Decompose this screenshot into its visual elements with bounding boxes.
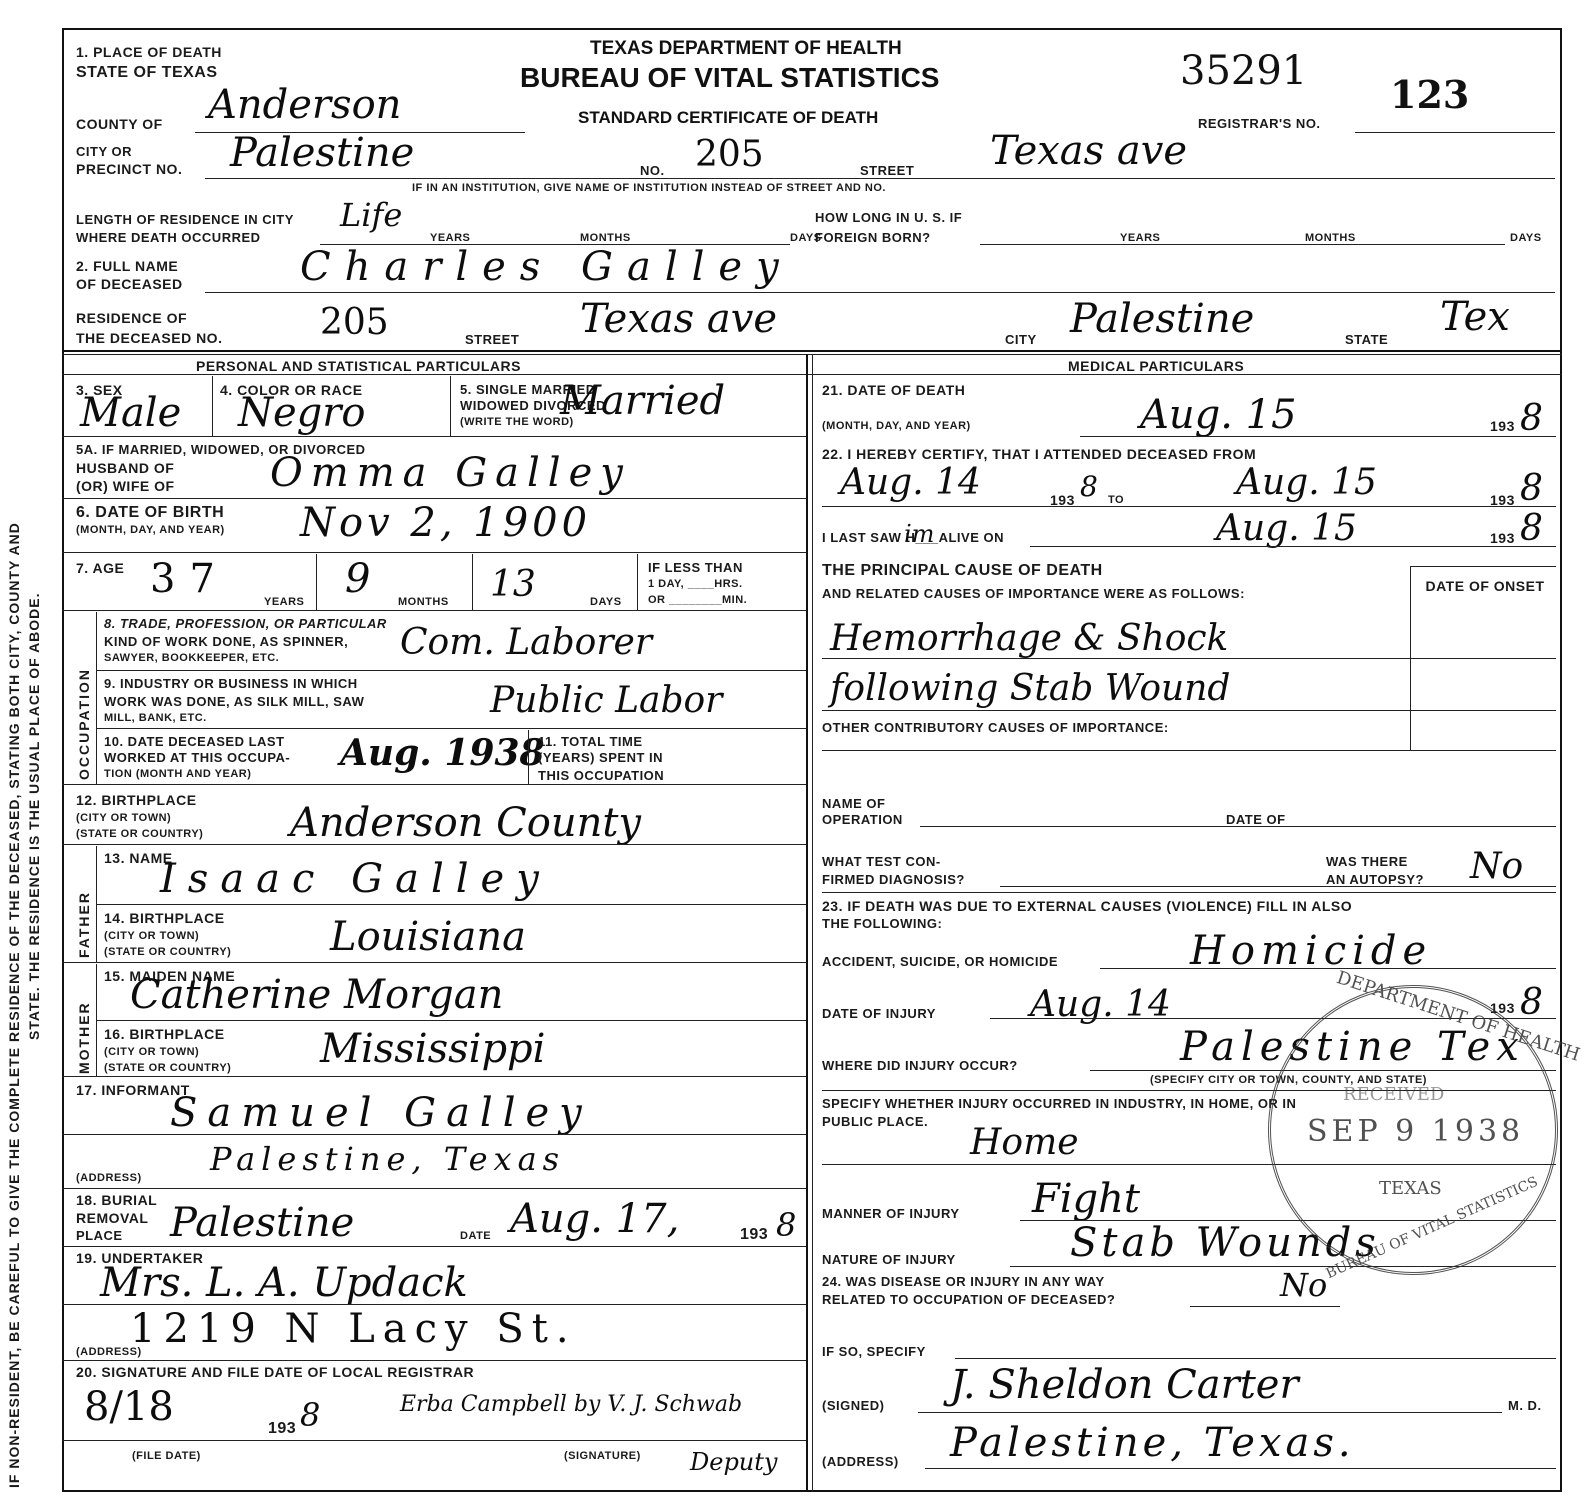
registrar-label: REGISTRAR'S NO. <box>1198 116 1321 131</box>
occupation-related-label-1: 24. WAS DISEASE OR INJURY IN ANY WAY <box>822 1274 1105 1289</box>
foreign-days-label: DAYS <box>1510 232 1542 244</box>
signed-label: (SIGNED) <box>822 1398 885 1413</box>
spouse-value[interactable]: Omma Galley <box>270 450 631 496</box>
certify-label: 22. I HEREBY CERTIFY, THAT I ATTENDED DE… <box>822 446 1256 462</box>
manner-value[interactable]: Fight <box>1032 1176 1140 1222</box>
cause-label-2: AND RELATED CAUSES OF IMPORTANCE WERE AS… <box>822 586 1245 601</box>
registrar-file-date-value[interactable]: 8/18 <box>84 1384 174 1430</box>
personal-section-title: PERSONAL AND STATISTICAL PARTICULARS <box>196 358 521 374</box>
date-of-onset-label: DATE OF ONSET <box>1420 578 1550 594</box>
signature-label: (SIGNATURE) <box>564 1450 641 1462</box>
father-name-value[interactable]: Isaac Galley <box>160 856 551 902</box>
informant-name-value[interactable]: Samuel Galley <box>170 1090 592 1136</box>
birthplace-label-3: (STATE OR COUNTRY) <box>76 828 203 840</box>
age-years-value[interactable]: 37 <box>150 556 229 602</box>
age-label: 7. AGE <box>76 560 124 576</box>
years-label: YEARS <box>430 232 470 244</box>
trade-value[interactable]: Com. Laborer <box>400 622 652 663</box>
place-of-death-label: 1. PLACE OF DEATH <box>76 44 222 60</box>
last-saw-pronoun[interactable]: im <box>904 520 934 548</box>
registrar-label-20: 20. SIGNATURE AND FILE DATE OF LOCAL REG… <box>76 1364 474 1380</box>
county-label: COUNTY OF <box>76 116 163 132</box>
occupation-related-label-2: RELATED TO OCCUPATION OF DECEASED? <box>822 1292 1115 1307</box>
department-title: TEXAS DEPARTMENT OF HEALTH <box>590 38 902 60</box>
dob-label-1: 6. DATE OF BIRTH <box>76 504 224 522</box>
age-days-value[interactable]: 13 <box>490 564 536 605</box>
last-saw-year[interactable]: 8 <box>1520 508 1543 549</box>
operation-date-label: DATE OF <box>1226 812 1286 827</box>
dob-label-2: (MONTH, DAY, AND YEAR) <box>76 524 225 536</box>
attended-to-value[interactable]: Aug. 15 <box>1236 462 1377 503</box>
total-time-label-1: 11. TOTAL TIME <box>538 734 643 749</box>
industry-label-3: MILL, BANK, ETC. <box>104 712 207 724</box>
birthplace-value[interactable]: Anderson County <box>290 800 641 846</box>
birthplace-label-2: (CITY OR TOWN) <box>76 812 171 824</box>
total-time-label-3: THIS OCCUPATION <box>538 768 664 783</box>
marital-label-3: (WRITE THE WORD) <box>460 416 574 428</box>
registrar-deputy-note: Deputy <box>690 1448 777 1476</box>
physician-address-label: (ADDRESS) <box>822 1454 899 1469</box>
city-label-2: PRECINCT NO. <box>76 161 182 177</box>
father-birthplace-label-2: (CITY OR TOWN) <box>104 930 199 942</box>
birthplace-label-1: 12. BIRTHPLACE <box>76 792 197 808</box>
father-birthplace-label-1: 14. BIRTHPLACE <box>104 910 225 926</box>
death-date-label-1: 21. DATE OF DEATH <box>822 382 965 398</box>
last-worked-label-2: WORKED AT THIS OCCUPA- <box>104 750 290 765</box>
trade-label-3: SAWYER, BOOKKEEPER, ETC. <box>104 652 279 664</box>
md-label: M. D. <box>1508 1398 1542 1413</box>
margin-instruction-line2: STATE. THE RESIDENCE IS THE USUAL PLACE … <box>26 592 42 1040</box>
residence-label-2: THE DECEASED NO. <box>76 330 222 346</box>
burial-year-suffix[interactable]: 8 <box>776 1206 796 1244</box>
mother-birthplace-label-3: (STATE OR COUNTRY) <box>104 1062 231 1074</box>
stamp-center-text: TEXAS <box>1379 1178 1442 1199</box>
no-label: NO. <box>640 163 665 178</box>
burial-label-3: PLACE <box>76 1228 123 1243</box>
last-worked-label-3: TION (MONTH AND YEAR) <box>104 768 251 780</box>
trade-label-1: 8. TRADE, PROFESSION, OR PARTICULAR <box>104 616 387 631</box>
residence-state-label: STATE <box>1345 332 1388 347</box>
registrar-signature-value[interactable]: Erba Campbell by V. J. Schwab <box>400 1392 742 1417</box>
age-years-label: YEARS <box>264 596 304 608</box>
test-label-1: WHAT TEST CON- <box>822 854 941 869</box>
occupation-related-value[interactable]: No <box>1280 1266 1327 1304</box>
last-worked-label-1: 10. DATE DECEASED LAST <box>104 734 285 749</box>
mother-side-label: MOTHER <box>76 1001 92 1074</box>
less-than-label-1: IF LESS THAN <box>648 560 743 575</box>
last-worked-value[interactable]: Aug. 1938 <box>340 732 545 774</box>
residence-street-label: STREET <box>465 332 519 347</box>
age-days-label: DAYS <box>590 596 622 608</box>
street-label: STREET <box>860 163 914 178</box>
industry-label-1: 9. INDUSTRY OR BUSINESS IN WHICH <box>104 676 358 691</box>
residence-state-value[interactable]: Tex <box>1440 294 1510 340</box>
burial-date-value[interactable]: Aug. 17, <box>510 1196 679 1242</box>
cause-label-1: THE PRINCIPAL CAUSE OF DEATH <box>822 562 1103 580</box>
mother-name-value[interactable]: Catherine Morgan <box>130 972 503 1018</box>
father-side-label: FATHER <box>76 891 92 958</box>
injury-place-label: WHERE DID INJURY OCCUR? <box>822 1058 1018 1073</box>
injury-year-suffix[interactable]: 8 <box>1520 982 1543 1023</box>
burial-label-1: 18. BURIAL <box>76 1192 157 1208</box>
industry-label-2: WORK WAS DONE, AS SILK MILL, SAW <box>104 694 364 709</box>
registrar-year-prefix: 193 <box>268 1420 296 1438</box>
test-label-2: FIRMED DIAGNOSIS? <box>822 872 965 887</box>
mother-birthplace-value[interactable]: Mississippi <box>320 1026 545 1072</box>
death-year-prefix: 193 <box>1490 418 1515 434</box>
external-causes-label-2: THE FOLLOWING: <box>822 916 942 931</box>
trade-label-2: KIND OF WORK DONE, AS SPINNER, <box>104 634 348 649</box>
street-value[interactable]: Texas ave <box>990 128 1187 174</box>
undertaker-address-label: (ADDRESS) <box>76 1346 142 1358</box>
received-stamp: DEPARTMENT OF HEALTH RECEIVED SEP 9 1938… <box>1268 985 1558 1275</box>
industry-value[interactable]: Public Labor <box>490 680 722 721</box>
dob-value[interactable]: Nov 2, 1900 <box>300 500 591 546</box>
cause-line-2-value[interactable]: following Stab Wound <box>830 668 1230 709</box>
total-time-label-2: (YEARS) SPENT IN <box>538 750 663 765</box>
burial-label-2: REMOVAL <box>76 1210 148 1226</box>
father-birthplace-value[interactable]: Louisiana <box>330 914 526 960</box>
burial-place-value[interactable]: Palestine <box>170 1200 354 1246</box>
medical-section-title: MEDICAL PARTICULARS <box>1068 358 1244 374</box>
autopsy-label-1: WAS THERE <box>1326 854 1408 869</box>
cause-line-1-value[interactable]: Hemorrhage & Shock <box>830 618 1228 659</box>
city-value[interactable]: Palestine <box>230 130 414 176</box>
residence-street-value[interactable]: Texas ave <box>580 296 777 342</box>
full-name-label-2: OF DECEASED <box>76 276 183 292</box>
operation-label-1: NAME OF <box>822 796 885 811</box>
sex-value[interactable]: Male <box>80 390 181 436</box>
attended-from-value[interactable]: Aug. 14 <box>840 462 981 503</box>
undertaker-address-value[interactable]: 1219 N Lacy St. <box>130 1306 577 1352</box>
operation-label-2: OPERATION <box>822 812 903 827</box>
registrar-year-suffix[interactable]: 8 <box>300 1396 320 1434</box>
burial-date-label: DATE <box>460 1230 491 1242</box>
bureau-title: BUREAU OF VITAL STATISTICS <box>520 62 939 94</box>
full-name-label-1: 2. FULL NAME <box>76 258 178 274</box>
mother-birthplace-label-2: (CITY OR TOWN) <box>104 1046 199 1058</box>
physician-address-value[interactable]: Palestine, Texas. <box>950 1420 1355 1466</box>
undertaker-name-value[interactable]: Mrs. L. A. Updack <box>100 1260 468 1306</box>
manner-label: MANNER OF INJURY <box>822 1206 960 1221</box>
less-than-label-3: OR ________MIN. <box>648 594 747 606</box>
stamp-middle-text: RECEIVED <box>1343 1084 1444 1105</box>
injury-type-value[interactable]: Home <box>970 1122 1079 1163</box>
if-so-specify-label: IF SO, SPECIFY <box>822 1344 926 1359</box>
death-year-suffix[interactable]: 8 <box>1520 398 1543 439</box>
certificate-title: STANDARD CERTIFICATE OF DEATH <box>578 108 878 128</box>
months-label: MONTHS <box>580 232 631 244</box>
occupation-side-label: OCCUPATION <box>76 668 92 780</box>
stamp-date-text: SEP 9 1938 <box>1307 1114 1524 1149</box>
residence-city-value[interactable]: Palestine <box>1070 296 1254 342</box>
spouse-label-3: (OR) WIFE OF <box>76 478 175 494</box>
institution-note: IF IN AN INSTITUTION, GIVE NAME OF INSTI… <box>412 182 886 194</box>
death-date-label-2: (MONTH, DAY, AND YEAR) <box>822 420 971 432</box>
father-birthplace-label-3: (STATE OR COUNTRY) <box>104 946 231 958</box>
street-no-value[interactable]: 205 <box>695 134 764 175</box>
file-date-label: (FILE DATE) <box>132 1450 201 1462</box>
age-months-label: MONTHS <box>398 596 449 608</box>
length-residence-label-2: WHERE DEATH OCCURRED <box>76 230 261 245</box>
autopsy-value[interactable]: No <box>1470 846 1523 887</box>
signed-value[interactable]: J. Sheldon Carter <box>950 1362 1299 1408</box>
deceased-name-value[interactable]: Charles Galley <box>300 244 793 290</box>
county-value[interactable]: Anderson <box>208 82 401 128</box>
nature-label: NATURE OF INJURY <box>822 1252 956 1267</box>
margin-instruction-line1: IF NON-RESIDENT, BE CAREFUL TO GIVE THE … <box>6 522 22 1488</box>
foreign-months-label: MONTHS <box>1305 232 1356 244</box>
mother-birthplace-label-1: 16. BIRTHPLACE <box>104 1026 225 1042</box>
length-residence-value[interactable]: Life <box>340 196 402 234</box>
foreign-born-label-1: HOW LONG IN U. S. IF <box>815 210 962 225</box>
attended-to-year[interactable]: 8 <box>1520 468 1543 509</box>
burial-year-prefix: 193 <box>740 1226 768 1244</box>
manner-type-label: ACCIDENT, SUICIDE, OR HOMICIDE <box>822 954 1058 969</box>
attended-to-label: TO <box>1108 494 1124 506</box>
less-than-label-2: 1 DAY, ____HRS. <box>648 578 743 590</box>
state-of-texas-label: STATE OF TEXAS <box>76 64 218 82</box>
residence-label-1: RESIDENCE OF <box>76 310 187 326</box>
race-value[interactable]: Negro <box>238 390 365 436</box>
foreign-born-label-2: FOREIGN BORN? <box>815 230 931 245</box>
contributory-label: OTHER CONTRIBUTORY CAUSES OF IMPORTANCE: <box>822 720 1169 735</box>
injury-type-label-2: PUBLIC PLACE. <box>822 1114 928 1129</box>
residence-no-value[interactable]: 205 <box>320 302 389 343</box>
last-saw-year-prefix: 193 <box>1490 530 1515 546</box>
city-label-1: CITY OR <box>76 144 132 159</box>
age-months-value[interactable]: 9 <box>345 556 370 602</box>
spouse-label-2: HUSBAND OF <box>76 460 174 476</box>
registrar-number: 123 <box>1390 72 1469 117</box>
informant-address-value[interactable]: Palestine, Texas <box>210 1140 565 1178</box>
death-date-value[interactable]: Aug. 15 <box>1140 392 1297 438</box>
external-causes-label-1: 23. IF DEATH WAS DUE TO EXTERNAL CAUSES … <box>822 898 1352 914</box>
length-residence-label-1: LENGTH OF RESIDENCE IN CITY <box>76 212 294 227</box>
residence-city-label: CITY <box>1005 332 1037 347</box>
marital-value[interactable]: Married <box>560 378 725 424</box>
file-number: 35291 <box>1180 48 1307 94</box>
last-saw-value[interactable]: Aug. 15 <box>1216 508 1357 549</box>
attended-from-year[interactable]: 8 <box>1080 470 1098 503</box>
injury-type-label-1: SPECIFY WHETHER INJURY OCCURRED IN INDUS… <box>822 1096 1296 1111</box>
autopsy-label-2: AN AUTOPSY? <box>1326 872 1424 887</box>
foreign-years-label: YEARS <box>1120 232 1160 244</box>
informant-address-label: (ADDRESS) <box>76 1172 142 1184</box>
injury-date-label: DATE OF INJURY <box>822 1006 936 1021</box>
